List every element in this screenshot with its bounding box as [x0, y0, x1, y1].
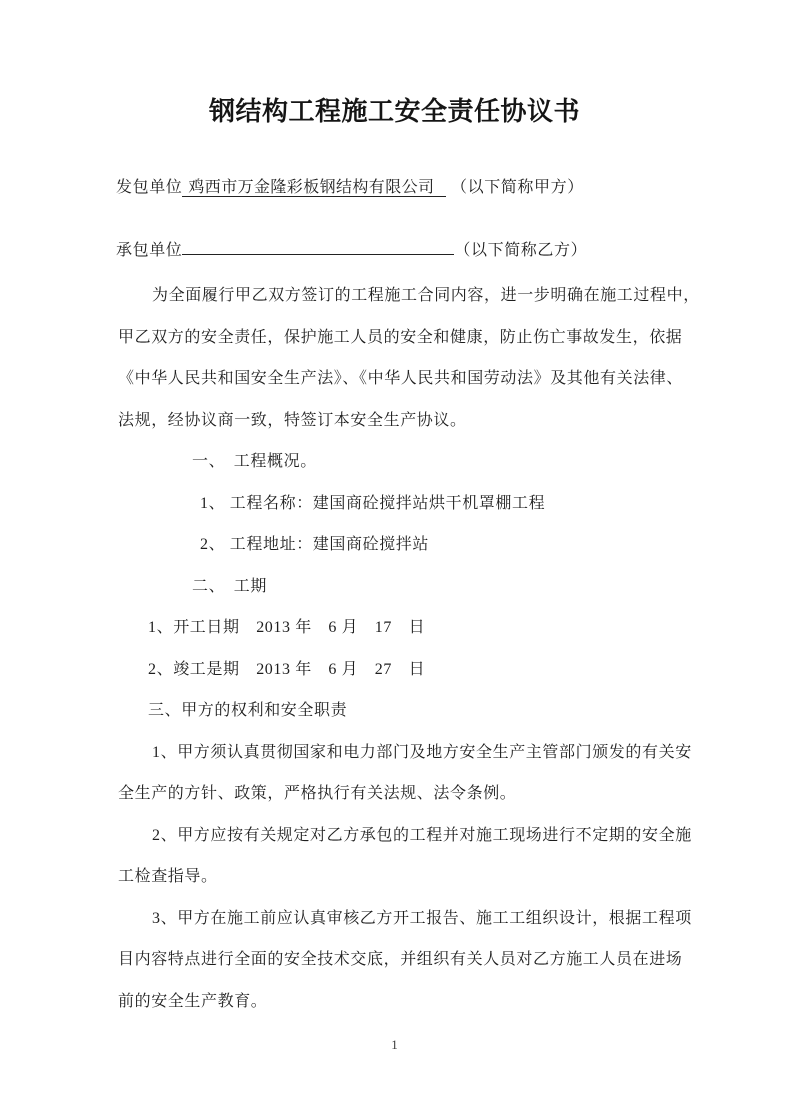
- document-line: 1、开工日期 2013 年 6 月 17 日: [118, 607, 769, 649]
- employer-alias: （以下简称甲方）: [451, 179, 584, 196]
- employer-row: 发包单位鸡西市万金隆彩板钢结构有限公司 （以下简称甲方）: [0, 172, 789, 204]
- document-line: 2、竣工是期 2013 年 6 月 27 日: [118, 649, 769, 691]
- document-line: 前的安全生产教育。: [118, 981, 769, 1023]
- employer-label: 发包单位: [116, 179, 182, 196]
- document-line: 工检查指导。: [118, 856, 769, 898]
- document-line: 一、 工程概况。: [118, 441, 769, 483]
- document-line: 目内容特点进行全面的安全技术交底，并组织有关人员对乙方施工人员在进场: [118, 939, 769, 981]
- page-number: 1: [0, 1036, 789, 1054]
- contractor-label: 承包单位: [116, 242, 182, 259]
- document-line: 法规，经协议商一致，特签订本安全生产协议。: [118, 400, 769, 442]
- document-line: 2、 工程地址：建国商砼搅拌站: [118, 524, 769, 566]
- document-line: 《中华人民共和国安全生产法》、《中华人民共和国劳动法》及其他有关法律、: [118, 358, 769, 400]
- contractor-name-blank-field: [182, 235, 454, 255]
- document-line: 1、 工程名称：建国商砼搅拌站烘干机罩棚工程: [118, 483, 769, 525]
- employer-name-field: 鸡西市万金隆彩板钢结构有限公司: [182, 179, 446, 197]
- contractor-row: 承包单位（以下简称乙方）: [0, 235, 789, 267]
- document-body: 为全面履行甲乙双方签订的工程施工合同内容，进一步明确在施工过程中，甲乙双方的安全…: [0, 275, 789, 1022]
- document-line: 1、甲方须认真贯彻国家和电力部门及地方安全生产主管部门颁发的有关安: [118, 732, 769, 774]
- document-page: 钢结构工程施工安全责任协议书 发包单位鸡西市万金隆彩板钢结构有限公司 （以下简称…: [0, 0, 789, 1118]
- document-line: 二、 工期: [118, 566, 769, 608]
- document-line: 为全面履行甲乙双方签订的工程施工合同内容，进一步明确在施工过程中，: [118, 275, 769, 317]
- document-line: 三、甲方的权利和安全职责: [118, 690, 769, 732]
- contractor-alias: （以下简称乙方）: [454, 242, 587, 259]
- document-line: 3、甲方在施工前应认真审核乙方开工报告、施工工组织设计，根据工程项: [118, 898, 769, 940]
- document-line: 甲乙双方的安全责任，保护施工人员的安全和健康，防止伤亡事故发生，依据: [118, 317, 769, 359]
- document-title: 钢结构工程施工安全责任协议书: [0, 93, 789, 130]
- document-line: 全生产的方针、政策，严格执行有关法规、法令条例。: [118, 773, 769, 815]
- document-line: 2、甲方应按有关规定对乙方承包的工程并对施工现场进行不定期的安全施: [118, 815, 769, 857]
